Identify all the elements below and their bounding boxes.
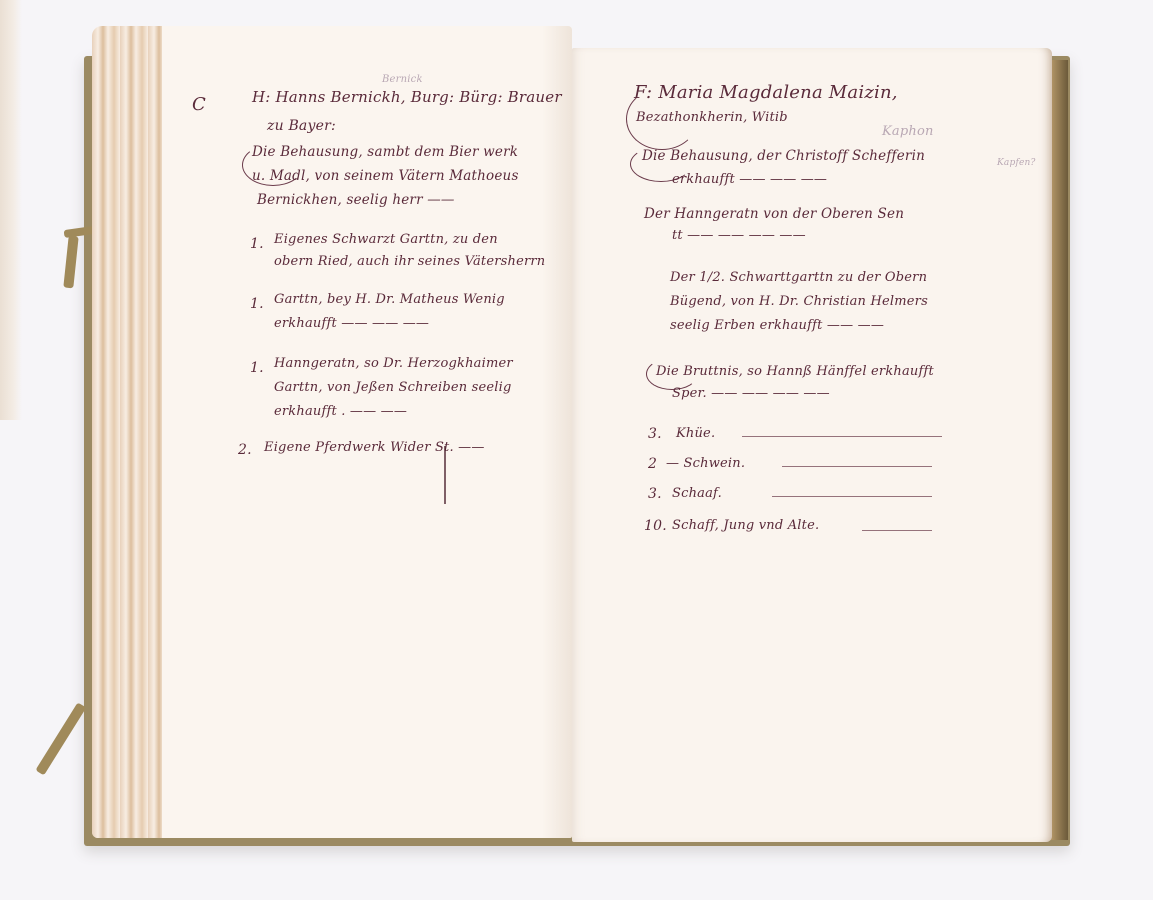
entry-header-line2: zu Bayer: [267, 118, 336, 134]
paragraph-line: Bernickhen, seelig herr —— [257, 192, 455, 208]
margin-mark: C [192, 94, 206, 115]
page-stain [92, 26, 162, 838]
paragraph-line: seelig Erben erkhaufft —— —— [670, 318, 884, 333]
entry-line: Eigenes Schwarzt Garttn, zu den [274, 232, 498, 247]
entry-header-line1: F: Maria Magdalena Maizin, [634, 82, 898, 103]
paragraph-line: Die Bruttnis, so Hannß Hänffel erkhaufft [656, 364, 934, 379]
page-fold-shadow [542, 26, 572, 838]
right-page: F: Maria Magdalena Maizin, Bezathonkheri… [572, 48, 1052, 842]
ribbon-upper-tail [63, 236, 78, 289]
paragraph-line: Bügend, von H. Dr. Christian Helmers [670, 294, 928, 309]
entry-number: 1. [250, 296, 264, 312]
faint-annotation: Bernick [382, 74, 423, 85]
item-label: Khüe. [676, 426, 715, 441]
paragraph-line: Der Hanngeratn von der Oberen Sen [644, 206, 904, 222]
book-cover-edge [1050, 60, 1068, 840]
entry-header-line2: Bezathonkherin, Witib [636, 110, 788, 125]
ruled-dash [742, 436, 942, 437]
item-number: 10. [644, 518, 667, 534]
item-number: 3. [648, 426, 662, 442]
paragraph-line: tt —— —— —— —— [672, 228, 806, 243]
faint-annotation: Kaphon [882, 124, 934, 139]
paragraph-line: Die Behausung, der Christoff Schefferin [642, 148, 925, 164]
entry-line: Hanngeratn, so Dr. Herzogkhaimer [274, 356, 513, 371]
entry-number: 1. [250, 236, 264, 252]
left-page: C Bernick H: Hanns Bernickh, Burg: Bürg:… [92, 26, 572, 838]
entry-number: 1. [250, 360, 264, 376]
ink-stroke [444, 446, 446, 504]
entry-line: Garttn, von Jeßen Schreiben seelig [274, 380, 512, 395]
paragraph-line: Der 1/2. Schwarttgarttn zu der Obern [670, 270, 927, 285]
entry-line: Garttn, bey H. Dr. Matheus Wenig [274, 292, 505, 307]
paragraph-line: Sper. —— —— —— —— [672, 386, 830, 401]
entry-line: obern Ried, auch ihr seines Vätersherrn [274, 254, 545, 269]
ruled-dash [772, 496, 932, 497]
item-number: 2 [648, 456, 657, 472]
entry-line: erkhaufft . —— —— [274, 404, 407, 419]
entry-number: 2. [238, 442, 252, 458]
entry-line: erkhaufft —— —— —— [274, 316, 429, 331]
paragraph-line: Die Behausung, sambt dem Bier werk [252, 144, 518, 160]
faint-annotation: Kapfen? [997, 158, 1036, 168]
paragraph-line: u. Madl, von seinem Vätern Mathoeus [252, 168, 519, 184]
table-surface [0, 0, 22, 420]
ribbon-lower [35, 702, 86, 775]
paragraph-line: erkhaufft —— —— —— [672, 172, 827, 187]
entry-header-line1: H: Hanns Bernickh, Burg: Bürg: Brauer [252, 88, 562, 106]
item-label: Schaaf. [672, 486, 722, 501]
item-number: 3. [648, 486, 662, 502]
ruled-dash [782, 466, 932, 467]
item-label: Schaff, Jung vnd Alte. [672, 518, 819, 533]
item-label: — Schwein. [666, 456, 745, 471]
entry-line: Eigene Pferdwerk Wider St. —— [264, 440, 485, 455]
ruled-dash [862, 530, 932, 531]
